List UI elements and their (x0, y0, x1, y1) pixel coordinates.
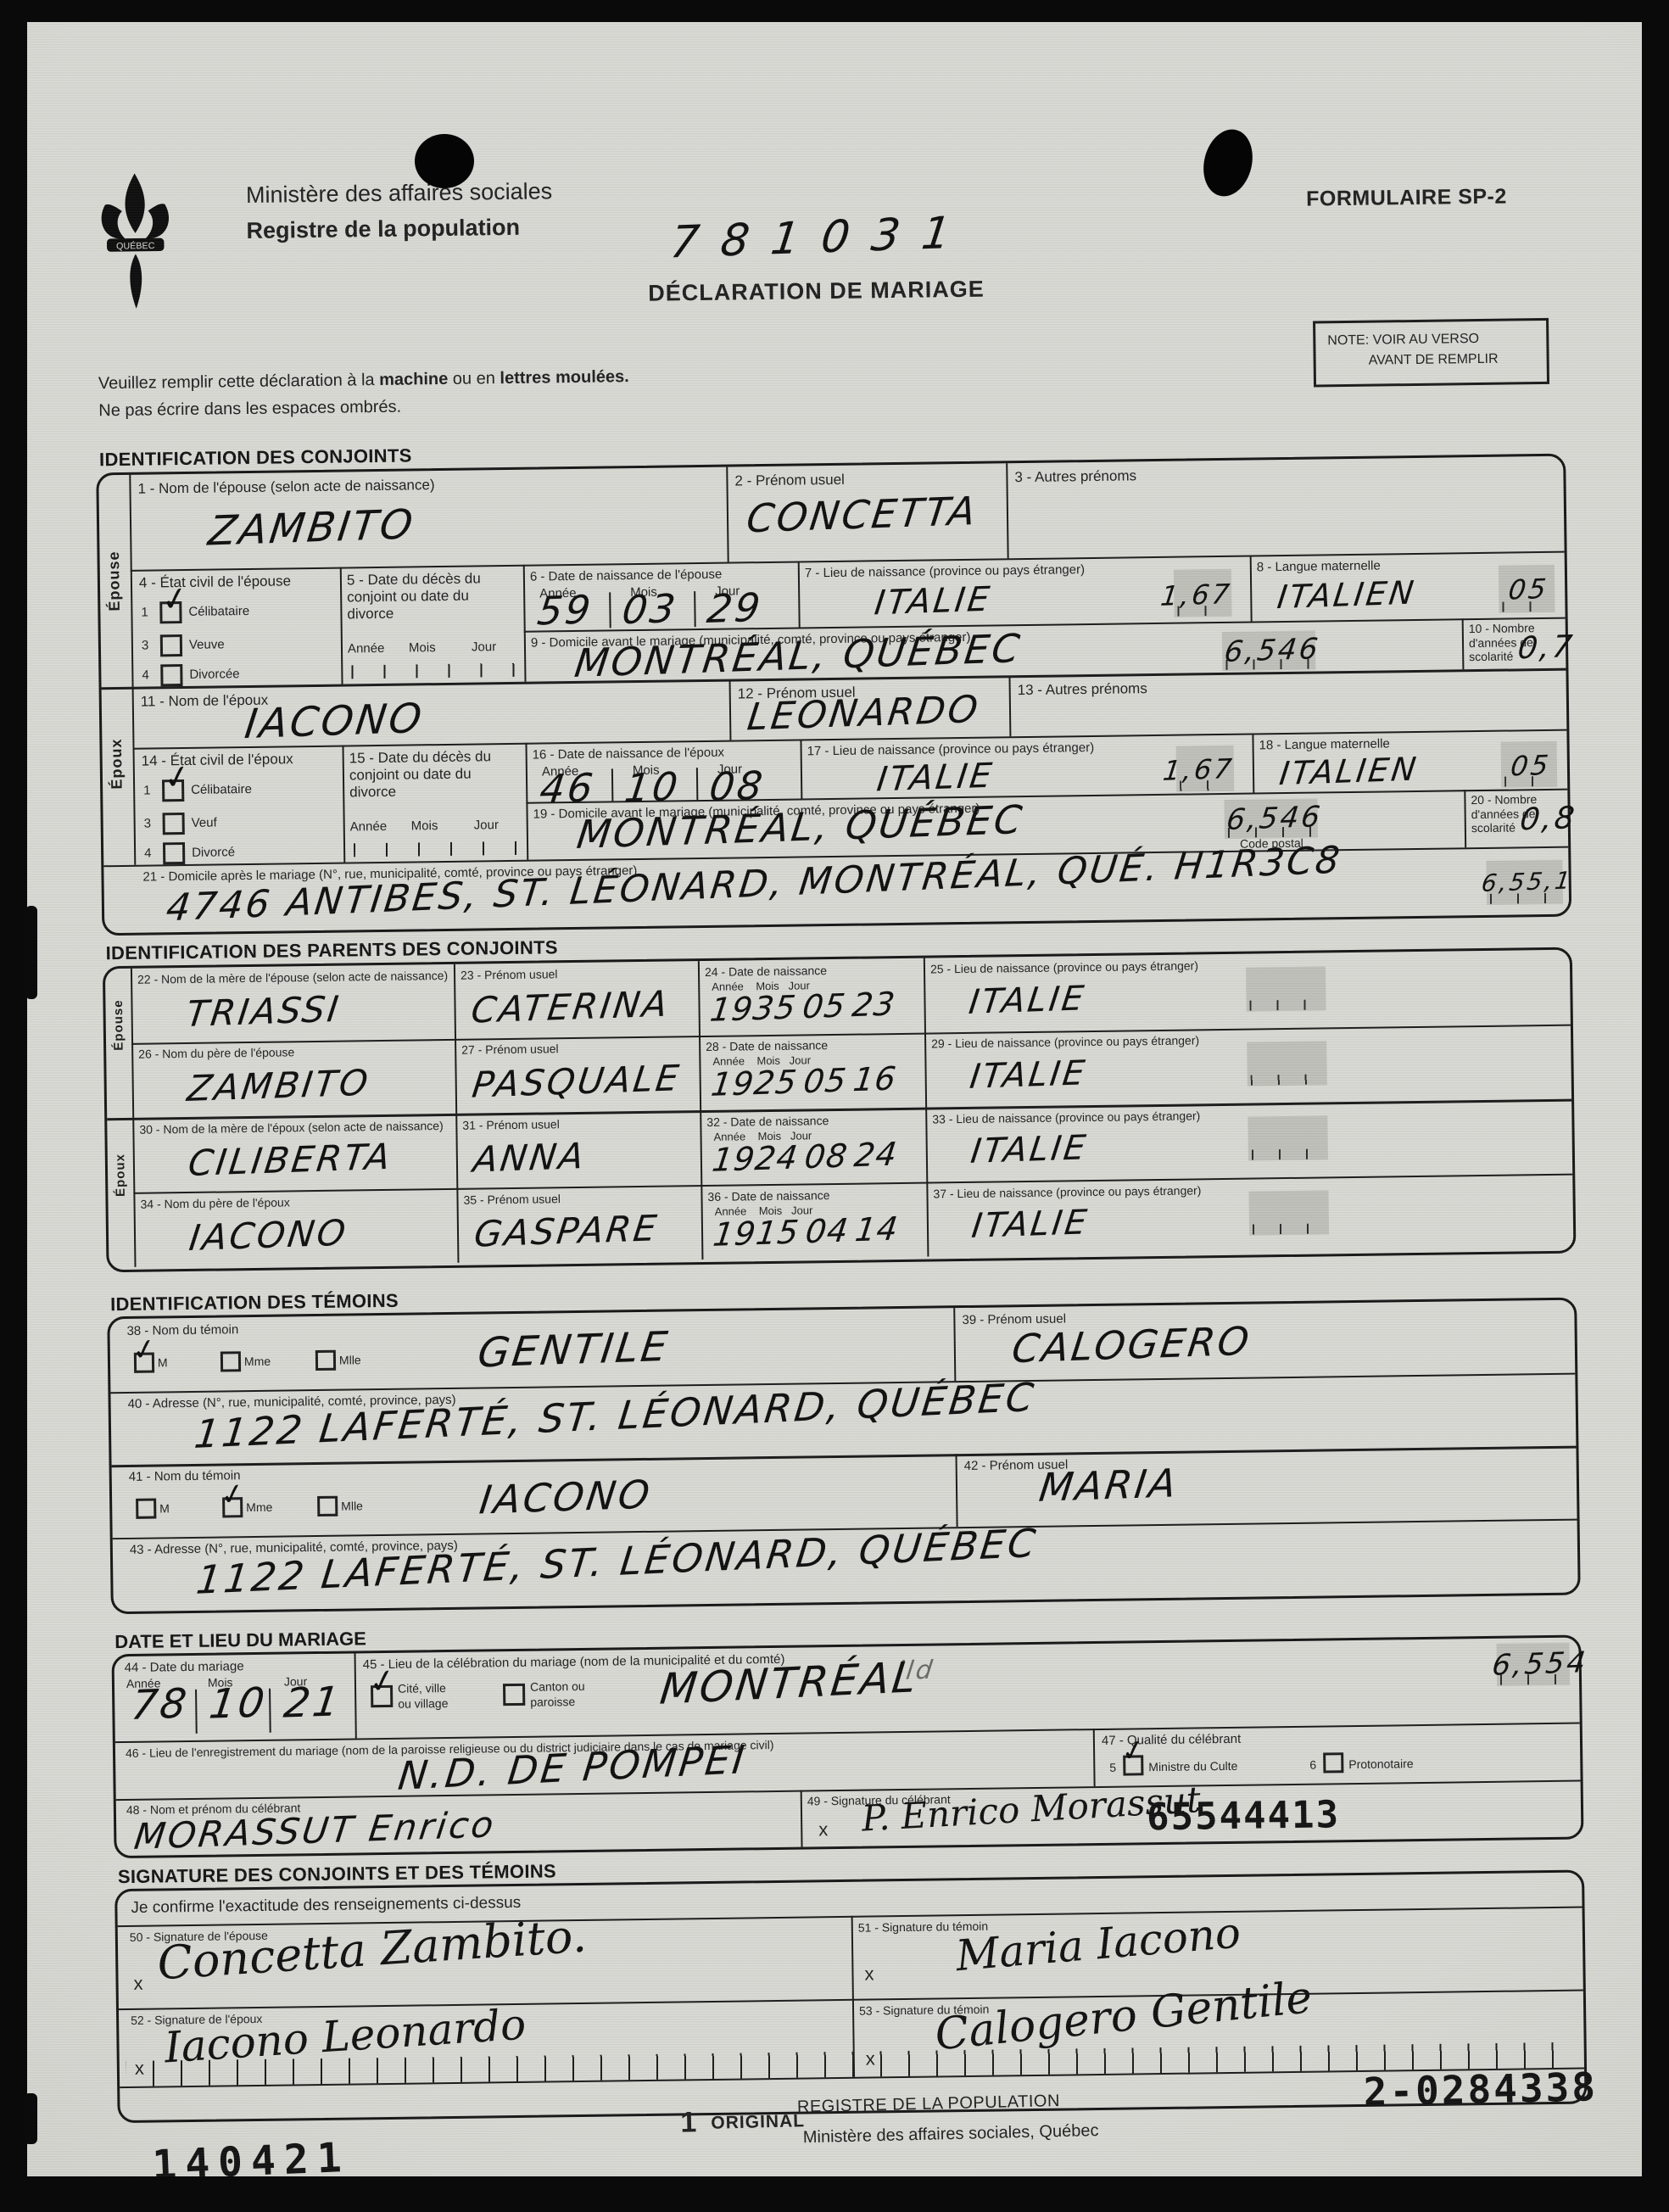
scan-artifact (25, 906, 37, 999)
footer-registre: REGISTRE DE LA POPULATION (797, 2092, 1060, 2118)
form-content: QUÉBEC Ministère des affaires sociales R… (27, 22, 1642, 2176)
footer: 140421 1 ORIGINAL REGISTRE DE LA POPULAT… (27, 22, 1642, 2176)
punch-hole-left (415, 134, 474, 188)
marriage-declaration-scan: QUÉBEC Ministère des affaires sociales R… (0, 0, 1669, 2212)
footer-ministere: Ministère des affaires sociales, Québec (803, 2121, 1099, 2148)
footer-stamp-left: 140421 (151, 2134, 350, 2176)
paper-sheet: QUÉBEC Ministère des affaires sociales R… (27, 22, 1642, 2176)
copy-label: ORIGINAL (711, 2111, 805, 2134)
footer-serial: 2-0284338 (1363, 2064, 1598, 2114)
copy-number: 1 (680, 2105, 697, 2140)
scan-artifact (24, 2093, 37, 2144)
